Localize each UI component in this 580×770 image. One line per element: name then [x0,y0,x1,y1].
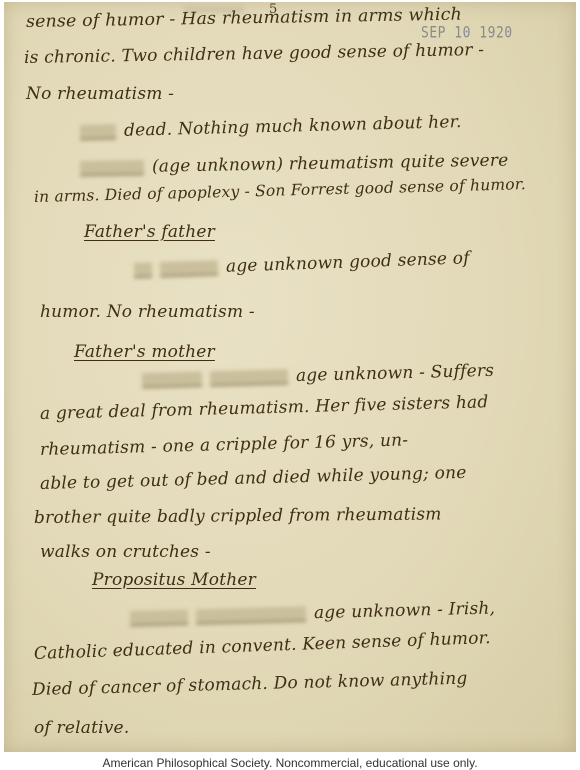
text-line: age unknown good sense of [134,248,470,280]
text-line: walks on crutches - [40,542,211,562]
redacted-name [160,260,218,277]
text-line: Catholic educated in convent. Keen sense… [34,628,491,664]
text-line: brother quite badly crippled from rheuma… [34,504,442,528]
redacted-name [134,262,153,278]
text-line: is chronic. Two children have good sense… [24,40,484,68]
redacted-name [80,124,116,140]
text-line: able to get out of bed and died while yo… [40,463,467,494]
text-line: dead. Nothing much known about her. [80,112,462,142]
text-line: humor. No rheumatism - [40,302,255,322]
text-line: (age unknown) rheumatism quite severe [80,151,509,178]
text-line: Died of cancer of stomach. Do not know a… [32,669,468,700]
text-line: a great deal from rheumatism. Her five s… [40,392,489,424]
text-line: rheumatism - one a cripple for 16 yrs, u… [40,430,409,460]
copyright-caption: American Philosophical Society. Noncomme… [0,756,580,770]
text-line: No rheumatism - [26,84,174,104]
text-line: age unknown - Suffers [142,361,495,390]
text-line: in arms. Died of apoplexy - Son Forrest … [34,175,526,206]
section-heading-fathers-father: Father's father [84,222,215,242]
document-page: 5 SEP 10 1920 sense of humor - Has rheum… [4,2,576,752]
redacted-name [130,609,188,626]
text-line: sense of humor - Has rheumatism in arms … [26,5,462,32]
text-line: of relative. [34,718,129,738]
redacted-name [80,160,144,176]
redacted-name [196,606,306,624]
redacted-name [142,371,202,388]
section-heading-fathers-mother: Father's mother [74,342,215,362]
section-heading-propositus-mother: Propositus Mother [92,570,256,590]
text-line: age unknown - Irish, [130,598,496,628]
redacted-name [210,369,288,386]
